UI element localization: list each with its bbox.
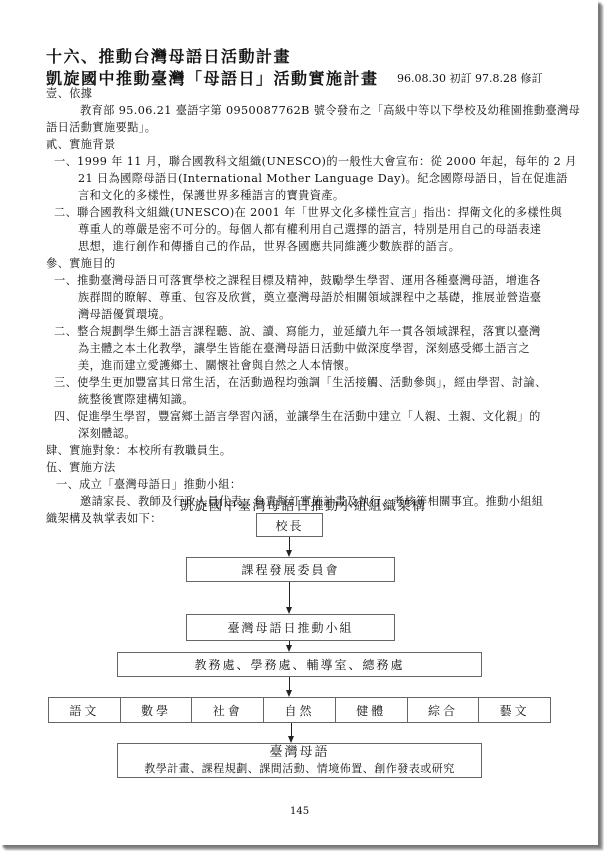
background-item-1-line-1: 一、1999 年 11 月，聯合國教科文組織(UNESCO)的一般性大會宣布：從… [54, 153, 577, 171]
background-item-1-line-3: 言和文化的多樣性，保護世界多種語言的寶貴資產。 [78, 187, 345, 205]
subject-cell: 健體 [336, 698, 408, 722]
final-title: 臺灣母語 [269, 745, 329, 761]
connector-line [289, 537, 290, 550]
org-subjects-row: 語文 數學 社會 自然 健體 綜合 藝文 [48, 697, 551, 723]
purpose-item-3-line-1: 三、使學生更加豐富其日常生活，在活動過程均強調「生活接觸、活動參與」，經由學習、… [54, 374, 547, 392]
org-box-committee: 課程發展委員會 [186, 557, 395, 582]
arrow-down-icon [288, 736, 294, 743]
basis-line-1: 教育部 95.06.21 臺語字第 0950087762B 號令發布之「高級中等… [80, 102, 580, 120]
purpose-item-1-line-3: 灣母語優質環境。 [78, 306, 171, 324]
connector-line [289, 677, 290, 690]
subject-cell: 藝文 [479, 698, 550, 722]
subject-cell: 語文 [49, 698, 121, 722]
arrow-down-icon [286, 607, 292, 614]
method-line-2: 織架構及執掌表如下： [46, 510, 162, 528]
basis-line-2: 語日活動實施要點」。 [46, 119, 156, 137]
background-item-1-line-2: 21 日為國際母語日(International Mother Language… [78, 170, 568, 188]
heading-target: 肆、實施對象：本校所有教職員生。 [46, 442, 231, 460]
org-box-offices: 教務處、學務處、輔導室、總務處 [117, 652, 482, 677]
background-item-2-line-2: 尊重人的尊嚴是密不可分的。每個人都有權利用自己選擇的語言，特別是用自己的母語表達 [78, 221, 542, 239]
heading-background: 貳、實施背景 [46, 136, 116, 154]
heading-basis: 壹、依據 [46, 85, 92, 103]
arrow-down-icon [286, 645, 292, 652]
purpose-item-4-line-2: 深刻體認。 [78, 425, 136, 443]
purpose-item-2-line-1: 二、整合規劃學生鄉土語言課程聽、說、讀、寫能力，並延續九年一貫各領域課程，落實以… [54, 323, 541, 341]
subject-cell: 綜合 [408, 698, 480, 722]
subject-cell: 社會 [192, 698, 264, 722]
plan-title: 凱旋國中推動臺灣「母語日」活動實施計畫 [46, 66, 379, 89]
org-box-taiwan-mother-tongue: 臺灣母語 教學計畫、課程規劃、課間活動、情境佈置、創作發表或研究 [117, 743, 482, 778]
principal-label: 校長 [275, 517, 303, 534]
offices-label: 教務處、學務處、輔導室、總務處 [194, 656, 404, 673]
background-item-2-line-3: 思想，進行創作和傳播自己的作品，世界各國應共同維護少數族群的語言。 [78, 238, 460, 256]
method-sub-1: 一、成立「臺灣母語日」推動小組： [56, 476, 241, 494]
subject-cell: 自然 [264, 698, 336, 722]
document-page: 十六、推動台灣母語日活動計畫 凱旋國中推動臺灣「母語日」活動實施計畫 96.08… [0, 0, 598, 845]
background-item-2-line-1: 二、聯合國教科文組織(UNESCO)在 2001 年「世界文化多樣性宣言」指出：… [54, 204, 562, 222]
revision-date: 96.08.30 初訂 97.8.28 修訂 [397, 70, 542, 86]
group-label: 臺灣母語日推動小組 [227, 619, 353, 636]
org-chart-title: 凱旋國中臺灣母語日推動小組組織架構 [180, 495, 427, 514]
purpose-item-4-line-1: 四、促進學生學習，豐富鄉土語言學習內涵，並讓學生在活動中建立「人親、土親、文化親… [54, 408, 541, 426]
final-description: 教學計畫、課程規劃、課間活動、情境佈置、創作發表或研究 [144, 761, 455, 777]
purpose-item-1-line-2: 族群間的瞭解、尊重、包容及欣賞，奠立臺灣母語於相關領域課程中之基礎，推展並營造臺 [78, 289, 542, 307]
purpose-item-3-line-2: 統整後實際建構知識。 [78, 391, 194, 409]
org-box-principal: 校長 [256, 513, 323, 537]
purpose-item-2-line-2: 為主體之本土化教學，讓學生皆能在臺灣母語日活動中做深度學習，深刻感受鄉土語言之 [78, 340, 530, 358]
subject-cell: 數學 [121, 698, 193, 722]
arrow-down-icon [286, 550, 292, 557]
page-number: 145 [290, 806, 309, 817]
heading-purpose: 參、實施目的 [46, 255, 116, 273]
committee-label: 課程發展委員會 [241, 561, 339, 578]
connector-line [291, 723, 292, 736]
org-box-promotion-group: 臺灣母語日推動小組 [186, 614, 395, 641]
purpose-item-1-line-1: 一、推動臺灣母語日可落實學校之課程目標及精神，鼓勵學生學習、運用各種臺灣母語，增… [54, 272, 541, 290]
purpose-item-2-line-3: 美，進而建立愛護鄉土、關懷社會與自然之人本情懷。 [78, 357, 356, 375]
connector-line [289, 582, 290, 607]
section-title: 十六、推動台灣母語日活動計畫 [46, 44, 291, 67]
heading-method: 伍、實施方法 [46, 459, 116, 477]
arrow-down-icon [286, 690, 292, 697]
